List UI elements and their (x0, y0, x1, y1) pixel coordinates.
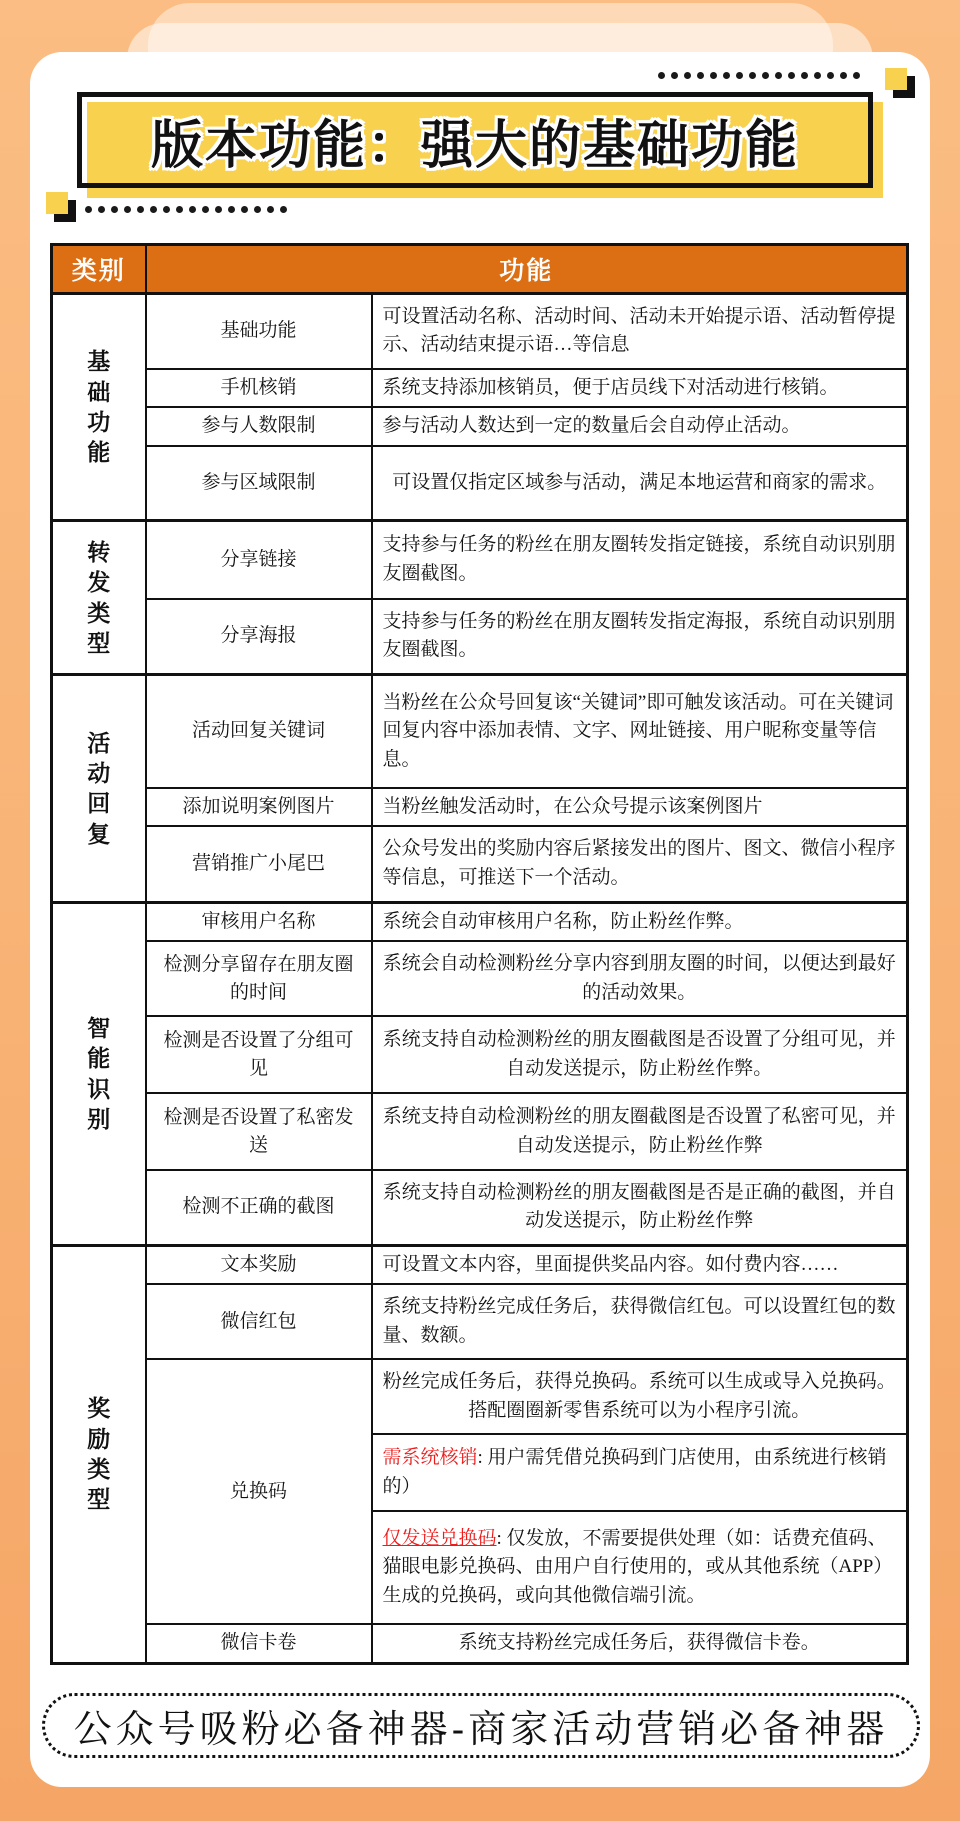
table-row: 营销推广小尾巴公众号发出的奖励内容后紧接发出的图片、图文、微信小程序等信息，可推… (52, 826, 908, 902)
category-char: 类 (54, 1454, 144, 1484)
table-header-row: 类别 功能 (52, 245, 908, 294)
dot (98, 206, 105, 213)
category-cell: 转发类型 (52, 521, 146, 675)
feature-cell: 基础功能 (146, 294, 372, 369)
content-card: 版本功能：强大的基础功能 类别 功能 基础功能基础功能可设置活动名称、活动时间、… (30, 52, 930, 1787)
description-cell: 系统支持粉丝完成任务后，获得微信卡卷。 (372, 1624, 908, 1663)
feature-cell: 分享海报 (146, 599, 372, 675)
dot (150, 206, 157, 213)
dot (111, 206, 118, 213)
category-char: 转 (54, 537, 144, 567)
description-cell: 系统会自动审核用户名称，防止粉丝作弊。 (372, 902, 908, 941)
table-row: 检测是否设置了分组可见系统支持自动检测粉丝的朋友圈截图是否设置了分组可见，并自动… (52, 1016, 908, 1093)
table-row: 微信红包系统支持粉丝完成任务后，获得微信红包。可以设置红包的数量、数额。 (52, 1284, 908, 1359)
category-char: 能 (54, 1043, 144, 1073)
table-row: 手机核销系统支持添加核销员，便于店员线下对活动进行核销。 (52, 369, 908, 408)
description-text: 可设置文本内容，里面提供奖品内容。如付费内容…… (383, 1254, 839, 1275)
description-cell: 可设置仅指定区域参与活动，满足本地运营和商家的需求。 (372, 446, 908, 521)
category-char: 型 (54, 628, 144, 658)
dot (749, 72, 756, 79)
description-cell: 支持参与任务的粉丝在朋友圈转发指定链接，系统自动识别朋友圈截图。 (372, 521, 908, 599)
description-text: 可设置活动名称、活动时间、活动未开始提示语、活动暂停提示、活动结束提示语…等信息 (383, 306, 896, 356)
header-cell-category: 类别 (52, 245, 146, 294)
description-text: 系统支持自动检测粉丝的朋友圈截图是否设置了分组可见，并自动发送提示，防止粉丝作弊… (383, 1029, 896, 1079)
dot (762, 72, 769, 79)
dot (176, 206, 183, 213)
dot (697, 72, 704, 79)
feature-cell: 检测是否设置了分组可见 (146, 1016, 372, 1093)
category-char: 基 (54, 346, 144, 376)
description-cell: 仅发送兑换码: 仅发放，不需要提供处理（如：话费充值码、猫眼电影兑换码、由用户自… (372, 1511, 908, 1624)
dot (736, 72, 743, 79)
feature-cell: 手机核销 (146, 369, 372, 408)
feature-cell: 活动回复关键词 (146, 675, 372, 788)
dot (228, 206, 235, 213)
title-banner-frame: 版本功能：强大的基础功能 (77, 92, 873, 188)
corner-accent-top-right (885, 68, 907, 90)
feature-cell: 微信红包 (146, 1284, 372, 1359)
description-text: 粉丝完成任务后，获得兑换码。系统可以生成或导入兑换码。搭配圈圈新零售系统可以为小… (383, 1371, 896, 1421)
feature-cell: 审核用户名称 (146, 902, 372, 941)
dot (853, 72, 860, 79)
category-char: 动 (54, 758, 144, 788)
dot (658, 72, 665, 79)
feature-cell: 参与人数限制 (146, 407, 372, 446)
feature-cell: 营销推广小尾巴 (146, 826, 372, 902)
category-char: 类 (54, 598, 144, 628)
dot (801, 72, 808, 79)
description-cell: 系统支持自动检测粉丝的朋友圈截图是否设置了分组可见，并自动发送提示，防止粉丝作弊… (372, 1016, 908, 1093)
category-char: 础 (54, 377, 144, 407)
corner-yellow-square (885, 68, 907, 90)
dot (280, 206, 287, 213)
description-cell: 系统支持添加核销员，便于店员线下对活动进行核销。 (372, 369, 908, 408)
dot (254, 206, 261, 213)
category-cell: 智能识别 (52, 902, 146, 1245)
category-char: 发 (54, 567, 144, 597)
footer-banner: 公众号吸粉必备神器-商家活动营销必备神器 (42, 1693, 920, 1758)
table-row: 检测不正确的截图系统支持自动检测粉丝的朋友圈截图是否是正确的截图，并自动发送提示… (52, 1170, 908, 1245)
dot (124, 206, 131, 213)
table-row: 检测分享留存在朋友圈的时间系统会自动检测粉丝分享内容到朋友圈的时间，以便达到最好… (52, 941, 908, 1016)
table-row: 添加说明案例图片当粉丝触发活动时，在公众号提示该案例图片 (52, 788, 908, 827)
description-text: 系统会自动检测粉丝分享内容到朋友圈的时间，以便达到最好的活动效果。 (383, 953, 896, 1003)
dot (814, 72, 821, 79)
dot (215, 206, 222, 213)
corner-yellow-square (46, 192, 68, 214)
table-row: 活动回复活动回复关键词当粉丝在公众号回复该“关键词”即可触发该活动。可在关键词回… (52, 675, 908, 788)
description-cell: 可设置活动名称、活动时间、活动未开始提示语、活动暂停提示、活动结束提示语…等信息 (372, 294, 908, 369)
dot (723, 72, 730, 79)
feature-cell: 兑换码 (146, 1359, 372, 1624)
dot (775, 72, 782, 79)
description-text: 系统支持粉丝完成任务后，获得微信红包。可以设置红包的数量、数额。 (383, 1296, 896, 1346)
table-row: 奖励类型文本奖励可设置文本内容，里面提供奖品内容。如付费内容…… (52, 1245, 908, 1284)
feature-cell: 文本奖励 (146, 1245, 372, 1284)
description-cell: 系统会自动检测粉丝分享内容到朋友圈的时间，以便达到最好的活动效果。 (372, 941, 908, 1016)
page-title: 版本功能：强大的基础功能 (151, 103, 799, 178)
dot (137, 206, 144, 213)
category-char: 型 (54, 1484, 144, 1514)
description-text: 系统会自动审核用户名称，防止粉丝作弊。 (383, 911, 744, 932)
description-cell: 系统支持自动检测粉丝的朋友圈截图是否是正确的截图，并自动发送提示，防止粉丝作弊 (372, 1170, 908, 1245)
dot (202, 206, 209, 213)
description-text: 当粉丝触发活动时，在公众号提示该案例图片 (383, 796, 763, 817)
dot (189, 206, 196, 213)
feature-cell: 添加说明案例图片 (146, 788, 372, 827)
table-row: 参与区域限制可设置仅指定区域参与活动，满足本地运营和商家的需求。 (52, 446, 908, 521)
category-char: 活 (54, 728, 144, 758)
table-row: 微信卡卷系统支持粉丝完成任务后，获得微信卡卷。 (52, 1624, 908, 1663)
description-text: 系统支持添加核销员，便于店员线下对活动进行核销。 (383, 377, 839, 398)
dot (85, 206, 92, 213)
dot (840, 72, 847, 79)
category-char: 奖 (54, 1393, 144, 1423)
category-char: 识 (54, 1074, 144, 1104)
feature-cell: 检测是否设置了私密发送 (146, 1093, 372, 1170)
category-char: 复 (54, 819, 144, 849)
dotted-line-top (658, 72, 860, 79)
description-cell: 支持参与任务的粉丝在朋友圈转发指定海报，系统自动识别朋友圈截图。 (372, 599, 908, 675)
feature-cell: 微信卡卷 (146, 1624, 372, 1663)
dot (827, 72, 834, 79)
footer-slogan: 公众号吸粉必备神器-商家活动营销必备神器 (74, 1698, 889, 1753)
dotted-line-bottom (85, 206, 287, 213)
category-char: 功 (54, 407, 144, 437)
feature-table-wrapper: 类别 功能 基础功能基础功能可设置活动名称、活动时间、活动未开始提示语、活动暂停… (50, 243, 906, 1665)
feature-cell: 参与区域限制 (146, 446, 372, 521)
description-cell: 粉丝完成任务后，获得兑换码。系统可以生成或导入兑换码。搭配圈圈新零售系统可以为小… (372, 1359, 908, 1434)
category-cell: 活动回复 (52, 675, 146, 903)
category-char: 智 (54, 1013, 144, 1043)
feature-cell: 检测不正确的截图 (146, 1170, 372, 1245)
category-cell: 基础功能 (52, 294, 146, 521)
description-text: 支持参与任务的粉丝在朋友圈转发指定链接，系统自动识别朋友圈截图。 (383, 534, 896, 584)
category-char: 回 (54, 788, 144, 818)
description-text: 参与活动人数达到一定的数量后会自动停止活动。 (383, 415, 801, 436)
title-banner: 版本功能：强大的基础功能 (77, 92, 873, 188)
table-row: 转发类型分享链接支持参与任务的粉丝在朋友圈转发指定链接，系统自动识别朋友圈截图。 (52, 521, 908, 599)
table-row: 兑换码粉丝完成任务后，获得兑换码。系统可以生成或导入兑换码。搭配圈圈新零售系统可… (52, 1359, 908, 1434)
category-char: 励 (54, 1424, 144, 1454)
table-row: 检测是否设置了私密发送系统支持自动检测粉丝的朋友圈截图是否设置了私密可见，并自动… (52, 1093, 908, 1170)
table-row: 分享海报支持参与任务的粉丝在朋友圈转发指定海报，系统自动识别朋友圈截图。 (52, 599, 908, 675)
table-row: 基础功能基础功能可设置活动名称、活动时间、活动未开始提示语、活动暂停提示、活动结… (52, 294, 908, 369)
description-text: 系统支持自动检测粉丝的朋友圈截图是否设置了私密可见，并自动发送提示，防止粉丝作弊 (383, 1106, 896, 1156)
dot (163, 206, 170, 213)
description-cell: 可设置文本内容，里面提供奖品内容。如付费内容…… (372, 1245, 908, 1284)
description-text: 支持参与任务的粉丝在朋友圈转发指定海报，系统自动识别朋友圈截图。 (383, 611, 896, 661)
dot (788, 72, 795, 79)
description-highlight: 仅发送兑换码 (383, 1528, 497, 1549)
description-text: 系统支持粉丝完成任务后，获得微信卡卷。 (459, 1632, 820, 1653)
table-row: 参与人数限制参与活动人数达到一定的数量后会自动停止活动。 (52, 407, 908, 446)
description-cell: 系统支持自动检测粉丝的朋友圈截图是否设置了私密可见，并自动发送提示，防止粉丝作弊 (372, 1093, 908, 1170)
description-cell: 需系统核销: 用户需凭借兑换码到门店使用，由系统进行核销的） (372, 1434, 908, 1511)
corner-accent-bottom-left (46, 192, 68, 214)
header-cell-feature: 功能 (146, 245, 908, 294)
description-cell: 参与活动人数达到一定的数量后会自动停止活动。 (372, 407, 908, 446)
description-text: 公众号发出的奖励内容后紧接发出的图片、图文、微信小程序等信息，可推送下一个活动。 (383, 838, 896, 888)
description-cell: 当粉丝在公众号回复该“关键词”即可触发该活动。可在关键词回复内容中添加表情、文字… (372, 675, 908, 788)
description-text: 系统支持自动检测粉丝的朋友圈截图是否是正确的截图，并自动发送提示，防止粉丝作弊 (383, 1182, 896, 1232)
dot (710, 72, 717, 79)
description-cell: 公众号发出的奖励内容后紧接发出的图片、图文、微信小程序等信息，可推送下一个活动。 (372, 826, 908, 902)
feature-cell: 分享链接 (146, 521, 372, 599)
table-row: 智能识别审核用户名称系统会自动审核用户名称，防止粉丝作弊。 (52, 902, 908, 941)
description-cell: 当粉丝触发活动时，在公众号提示该案例图片 (372, 788, 908, 827)
dot (241, 206, 248, 213)
feature-table: 类别 功能 基础功能基础功能可设置活动名称、活动时间、活动未开始提示语、活动暂停… (50, 243, 909, 1665)
description-highlight: 需系统核销 (383, 1447, 478, 1468)
description-cell: 系统支持粉丝完成任务后，获得微信红包。可以设置红包的数量、数额。 (372, 1284, 908, 1359)
dot (671, 72, 678, 79)
dot (267, 206, 274, 213)
category-char: 别 (54, 1104, 144, 1134)
description-text: 当粉丝在公众号回复该“关键词”即可触发该活动。可在关键词回复内容中添加表情、文字… (383, 692, 894, 770)
feature-cell: 检测分享留存在朋友圈的时间 (146, 941, 372, 1016)
category-char: 能 (54, 437, 144, 467)
category-cell: 奖励类型 (52, 1245, 146, 1663)
dot (684, 72, 691, 79)
description-text: 可设置仅指定区域参与活动，满足本地运营和商家的需求。 (392, 472, 886, 493)
